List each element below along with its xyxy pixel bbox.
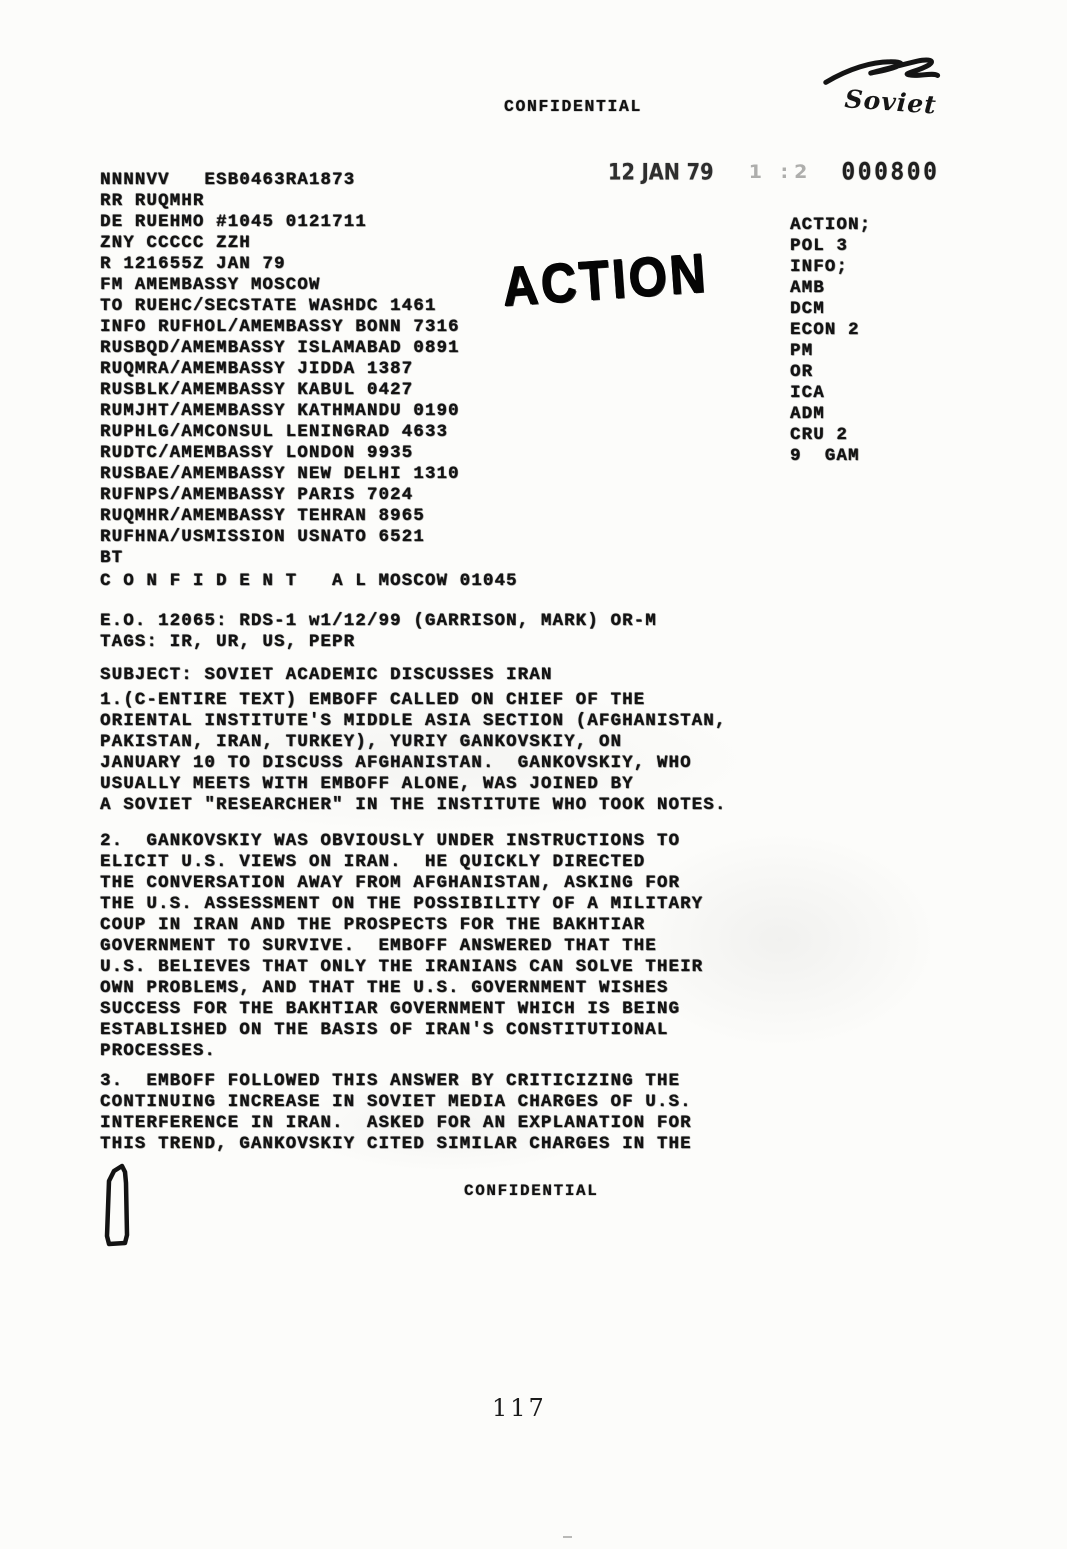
stamp-serial-number: 000800 — [841, 158, 939, 185]
text-line: RUSBAE/AMEMBASSY NEW DELHI 1310 — [100, 464, 840, 485]
classification-footer: CONFIDENTIAL — [464, 1182, 598, 1200]
paragraph-3: 3. EMBOFF FOLLOWED THIS ANSWER BY CRITIC… — [100, 1071, 840, 1155]
text-line: CONTINUING INCREASE IN SOVIET MEDIA CHAR… — [100, 1092, 840, 1113]
text-line: E.O. 12065: RDS-1 w1/12/99 (GARRISON, MA… — [100, 611, 840, 632]
text-line: RUFNPS/AMEMBASSY PARIS 7024 — [100, 485, 840, 506]
text-line: THE U.S. ASSESSMENT ON THE POSSIBILITY O… — [100, 894, 840, 915]
text-line: DE RUEHMO #1045 0121711 — [100, 212, 840, 233]
page-number: 117 — [492, 1394, 547, 1422]
text-line: COUP IN IRAN AND THE PROSPECTS FOR THE B… — [100, 915, 840, 936]
reference-block: E.O. 12065: RDS-1 w1/12/99 (GARRISON, MA… — [100, 611, 840, 653]
text-line: R 121655Z JAN 79 — [100, 254, 840, 275]
text-line: RUQMHR/AMEMBASSY TEHRAN 8965 — [100, 506, 840, 527]
text-line: TAGS: IR, UR, US, PEPR — [100, 632, 840, 653]
text-line: JANUARY 10 TO DISCUSS AFGHANISTAN. GANKO… — [100, 753, 840, 774]
text-line: OWN PROBLEMS, AND THAT THE U.S. GOVERNME… — [100, 978, 840, 999]
text-line: ELICIT U.S. VIEWS ON IRAN. HE QUICKLY DI… — [100, 852, 840, 873]
vertical-pen-mark-icon — [98, 1163, 138, 1255]
classification-header: CONFIDENTIAL — [504, 97, 642, 116]
text-line: RUMJHT/AMEMBASSY KATHMANDU 0190 — [100, 401, 840, 422]
text-line: TO RUEHC/SECSTATE WASHDC 1461 — [100, 296, 840, 317]
text-line: RUFHNA/USMISSION USNATO 6521 — [100, 527, 840, 548]
text-line: SUCCESS FOR THE BAKHTIAR GOVERNMENT WHIC… — [100, 999, 840, 1020]
text-line: INFO RUFHOL/AMEMBASSY BONN 7316 — [100, 317, 840, 338]
text-line: THE CONVERSATION AWAY FROM AFGHANISTAN, … — [100, 873, 840, 894]
text-line: RUSBQD/AMEMBASSY ISLAMABAD 0891 — [100, 338, 840, 359]
text-line: FM AMEMBASSY MOSCOW — [100, 275, 840, 296]
text-line: 3. EMBOFF FOLLOWED THIS ANSWER BY CRITIC… — [100, 1071, 840, 1092]
text-line: RUQMRA/AMEMBASSY JIDDA 1387 — [100, 359, 840, 380]
text-line: GOVERNMENT TO SURVIVE. EMBOFF ANSWERED T… — [100, 936, 840, 957]
text-line: PROCESSES. — [100, 1041, 840, 1062]
routing-header: NNNNVV ESB0463RA1873RR RUQMHRDE RUEHMO #… — [100, 170, 840, 569]
subject-line: SUBJECT: SOVIET ACADEMIC DISCUSSES IRAN — [100, 665, 840, 686]
paragraph-2: 2. GANKOVSKIY WAS OBVIOUSLY UNDER INSTRU… — [100, 831, 840, 1062]
text-line: THIS TREND, GANKOVSKIY CITED SIMILAR CHA… — [100, 1134, 840, 1155]
text-line: A SOVIET "RESEARCHER" IN THE INSTITUTE W… — [100, 795, 840, 816]
text-line: RR RUQMHR — [100, 191, 840, 212]
handwritten-soviet-note: Soviet — [817, 47, 970, 127]
document-page: CONFIDENTIAL Soviet 12 JAN 79 1 :2 00080… — [0, 0, 1067, 1549]
text-line: BT — [100, 548, 840, 569]
paragraph-1: 1.(C-ENTIRE TEXT) EMBOFF CALLED ON CHIEF… — [100, 690, 840, 816]
text-line: 2. GANKOVSKIY WAS OBVIOUSLY UNDER INSTRU… — [100, 831, 840, 852]
telegram-body: NNNNVV ESB0463RA1873RR RUQMHRDE RUEHMO #… — [100, 170, 840, 1155]
text-line: 1.(C-ENTIRE TEXT) EMBOFF CALLED ON CHIEF… — [100, 690, 840, 711]
text-line: RUPHLG/AMCONSUL LENINGRAD 4633 — [100, 422, 840, 443]
text-line: RUSBLK/AMEMBASSY KABUL 0427 — [100, 380, 840, 401]
text-line: ORIENTAL INSTITUTE'S MIDDLE ASIA SECTION… — [100, 711, 840, 732]
classification-line: C O N F I D E N T A L MOSCOW 01045 — [100, 571, 840, 592]
text-line: PAKISTAN, IRAN, TURKEY), YURIY GANKOVSKI… — [100, 732, 840, 753]
text-line: RUDTC/AMEMBASSY LONDON 9935 — [100, 443, 840, 464]
text-line: USUALLY MEETS WITH EMBOFF ALONE, WAS JOI… — [100, 774, 840, 795]
text-line: ESTABLISHED ON THE BASIS OF IRAN'S CONST… — [100, 1020, 840, 1041]
text-line: ZNY CCCCC ZZH — [100, 233, 840, 254]
text-line: INTERFERENCE IN IRAN. ASKED FOR AN EXPLA… — [100, 1113, 840, 1134]
scan-speck — [563, 1536, 572, 1538]
text-line: NNNNVV ESB0463RA1873 — [100, 170, 840, 191]
text-line: U.S. BELIEVES THAT ONLY THE IRANIANS CAN… — [100, 957, 840, 978]
handwritten-word: Soviet — [844, 84, 970, 122]
